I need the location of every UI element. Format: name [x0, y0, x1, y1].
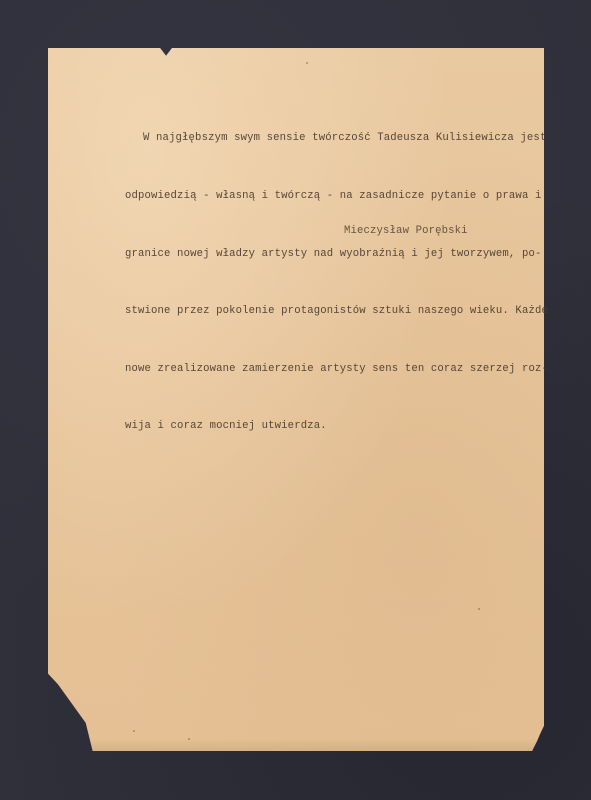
paper-speck — [188, 738, 190, 740]
paragraph-line: W najgłębszym swym sensie twórczość Tade… — [125, 129, 525, 148]
paragraph-line: odpowiedzią - własną i twórczą - na zasa… — [125, 187, 525, 206]
paper-speck — [133, 730, 135, 732]
paper-speck — [306, 62, 308, 64]
typed-paragraph: W najgłębszym swym sensie twórczość Tade… — [125, 91, 525, 456]
paragraph-line: nowe zrealizowane zamierzenie artysty se… — [125, 360, 525, 379]
paper-speck — [478, 608, 480, 610]
author-signature: Mieczysław Porębski — [344, 225, 468, 237]
paragraph-line: wija i coraz mocniej utwierdza. — [125, 417, 525, 436]
paragraph-line: stwione przez pokolenie protagonistów sz… — [125, 302, 525, 321]
paragraph-line: granice nowej władzy artysty nad wyobraź… — [125, 245, 525, 264]
